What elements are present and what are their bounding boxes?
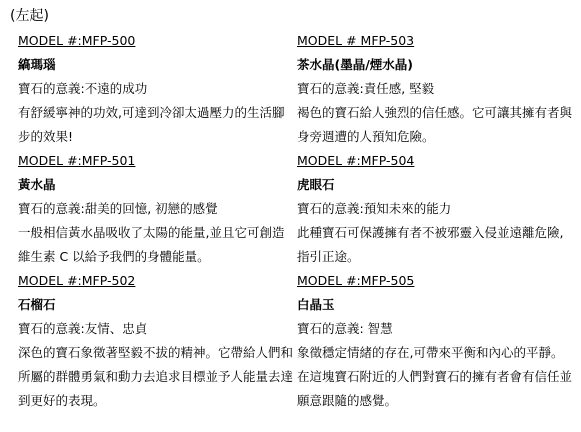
- gem-description-line: 深色的寶石象徵著堅毅不拔的精神。它帶給人們和: [18, 341, 298, 365]
- right-column: MODEL # MFP-503 茶水晶(墨晶/煙水晶) 寶石的意義:責任感, 堅…: [297, 29, 577, 413]
- gem-name: 虎眼石: [297, 173, 577, 197]
- model-number: MODEL # MFP-503: [297, 29, 577, 53]
- gem-name: 白晶玉: [297, 293, 577, 317]
- gem-meaning: 寶石的意義:不遠的成功: [18, 77, 298, 101]
- gem-description-line: 願意跟隨的感覺。: [297, 389, 577, 413]
- gem-description-line: 到更好的表現。: [18, 389, 298, 413]
- gem-entry-mfp-505: MODEL #:MFP-505 白晶玉 寶石的意義: 智慧 象徵穩定情緒的存在,…: [297, 269, 577, 413]
- gem-entry-mfp-504: MODEL #:MFP-504 虎眼石 寶石的意義:預知未來的能力 此種寶石可保…: [297, 149, 577, 269]
- gem-meaning: 寶石的意義: 智慧: [297, 317, 577, 341]
- gem-description-line: 象徵穩定情緒的存在,可帶來平衡和內心的平靜。: [297, 341, 577, 365]
- gem-meaning: 寶石的意義:甜美的回憶, 初戀的感覺: [18, 197, 298, 221]
- gem-description-line: 指引正途。: [297, 245, 577, 269]
- gem-name: 縞瑪瑙: [18, 53, 298, 77]
- gem-description-line: 一般相信黃水晶吸收了太陽的能量,並且它可創造: [18, 221, 298, 245]
- model-number: MODEL #:MFP-502: [18, 269, 298, 293]
- model-number: MODEL #:MFP-501: [18, 149, 298, 173]
- gem-description-line: 步的效果!: [18, 125, 298, 149]
- gem-meaning: 寶石的意義:責任感, 堅毅: [297, 77, 577, 101]
- gem-meaning: 寶石的意義:預知未來的能力: [297, 197, 577, 221]
- gem-description-line: 此種寶石可保護擁有者不被邪靈入侵並遠離危險,: [297, 221, 577, 245]
- gem-entry-mfp-500: MODEL #:MFP-500 縞瑪瑙 寶石的意義:不遠的成功 有舒緩寧神的功效…: [18, 29, 298, 149]
- gem-entry-mfp-502: MODEL #:MFP-502 石榴石 寶石的意義:友情、忠貞 深色的寶石象徵著…: [18, 269, 298, 413]
- model-number: MODEL #:MFP-504: [297, 149, 577, 173]
- gem-entry-mfp-501: MODEL #:MFP-501 黃水晶 寶石的意義:甜美的回憶, 初戀的感覺 一…: [18, 149, 298, 269]
- gem-description-line: 有舒緩寧神的功效,可達到冷卻太過壓力的生活腳: [18, 101, 298, 125]
- gem-description-line: 褐色的寶石給人強烈的信任感。它可讓其擁有者與: [297, 101, 577, 125]
- gem-description-line: 在這塊寶石附近的人們對寶石的擁有者會有信任並: [297, 365, 577, 389]
- gem-description-line: 維生素 C 以給予我們的身體能量。: [18, 245, 298, 269]
- gem-description-line: 所屬的群體勇氣和動力去追求目標並予人能量去達: [18, 365, 298, 389]
- gem-name: 石榴石: [18, 293, 298, 317]
- gem-entry-mfp-503: MODEL # MFP-503 茶水晶(墨晶/煙水晶) 寶石的意義:責任感, 堅…: [297, 29, 577, 149]
- model-number: MODEL #:MFP-500: [18, 29, 298, 53]
- document-page: (左起) MODEL #:MFP-500 縞瑪瑙 寶石的意義:不遠的成功 有舒緩…: [0, 0, 581, 432]
- model-number: MODEL #:MFP-505: [297, 269, 577, 293]
- left-column: MODEL #:MFP-500 縞瑪瑙 寶石的意義:不遠的成功 有舒緩寧神的功效…: [18, 29, 298, 413]
- gem-name: 黃水晶: [18, 173, 298, 197]
- gem-meaning: 寶石的意義:友情、忠貞: [18, 317, 298, 341]
- gem-description-line: 身旁週遭的人預知危險。: [297, 125, 577, 149]
- document-header: (左起): [10, 4, 49, 28]
- gem-name: 茶水晶(墨晶/煙水晶): [297, 53, 577, 77]
